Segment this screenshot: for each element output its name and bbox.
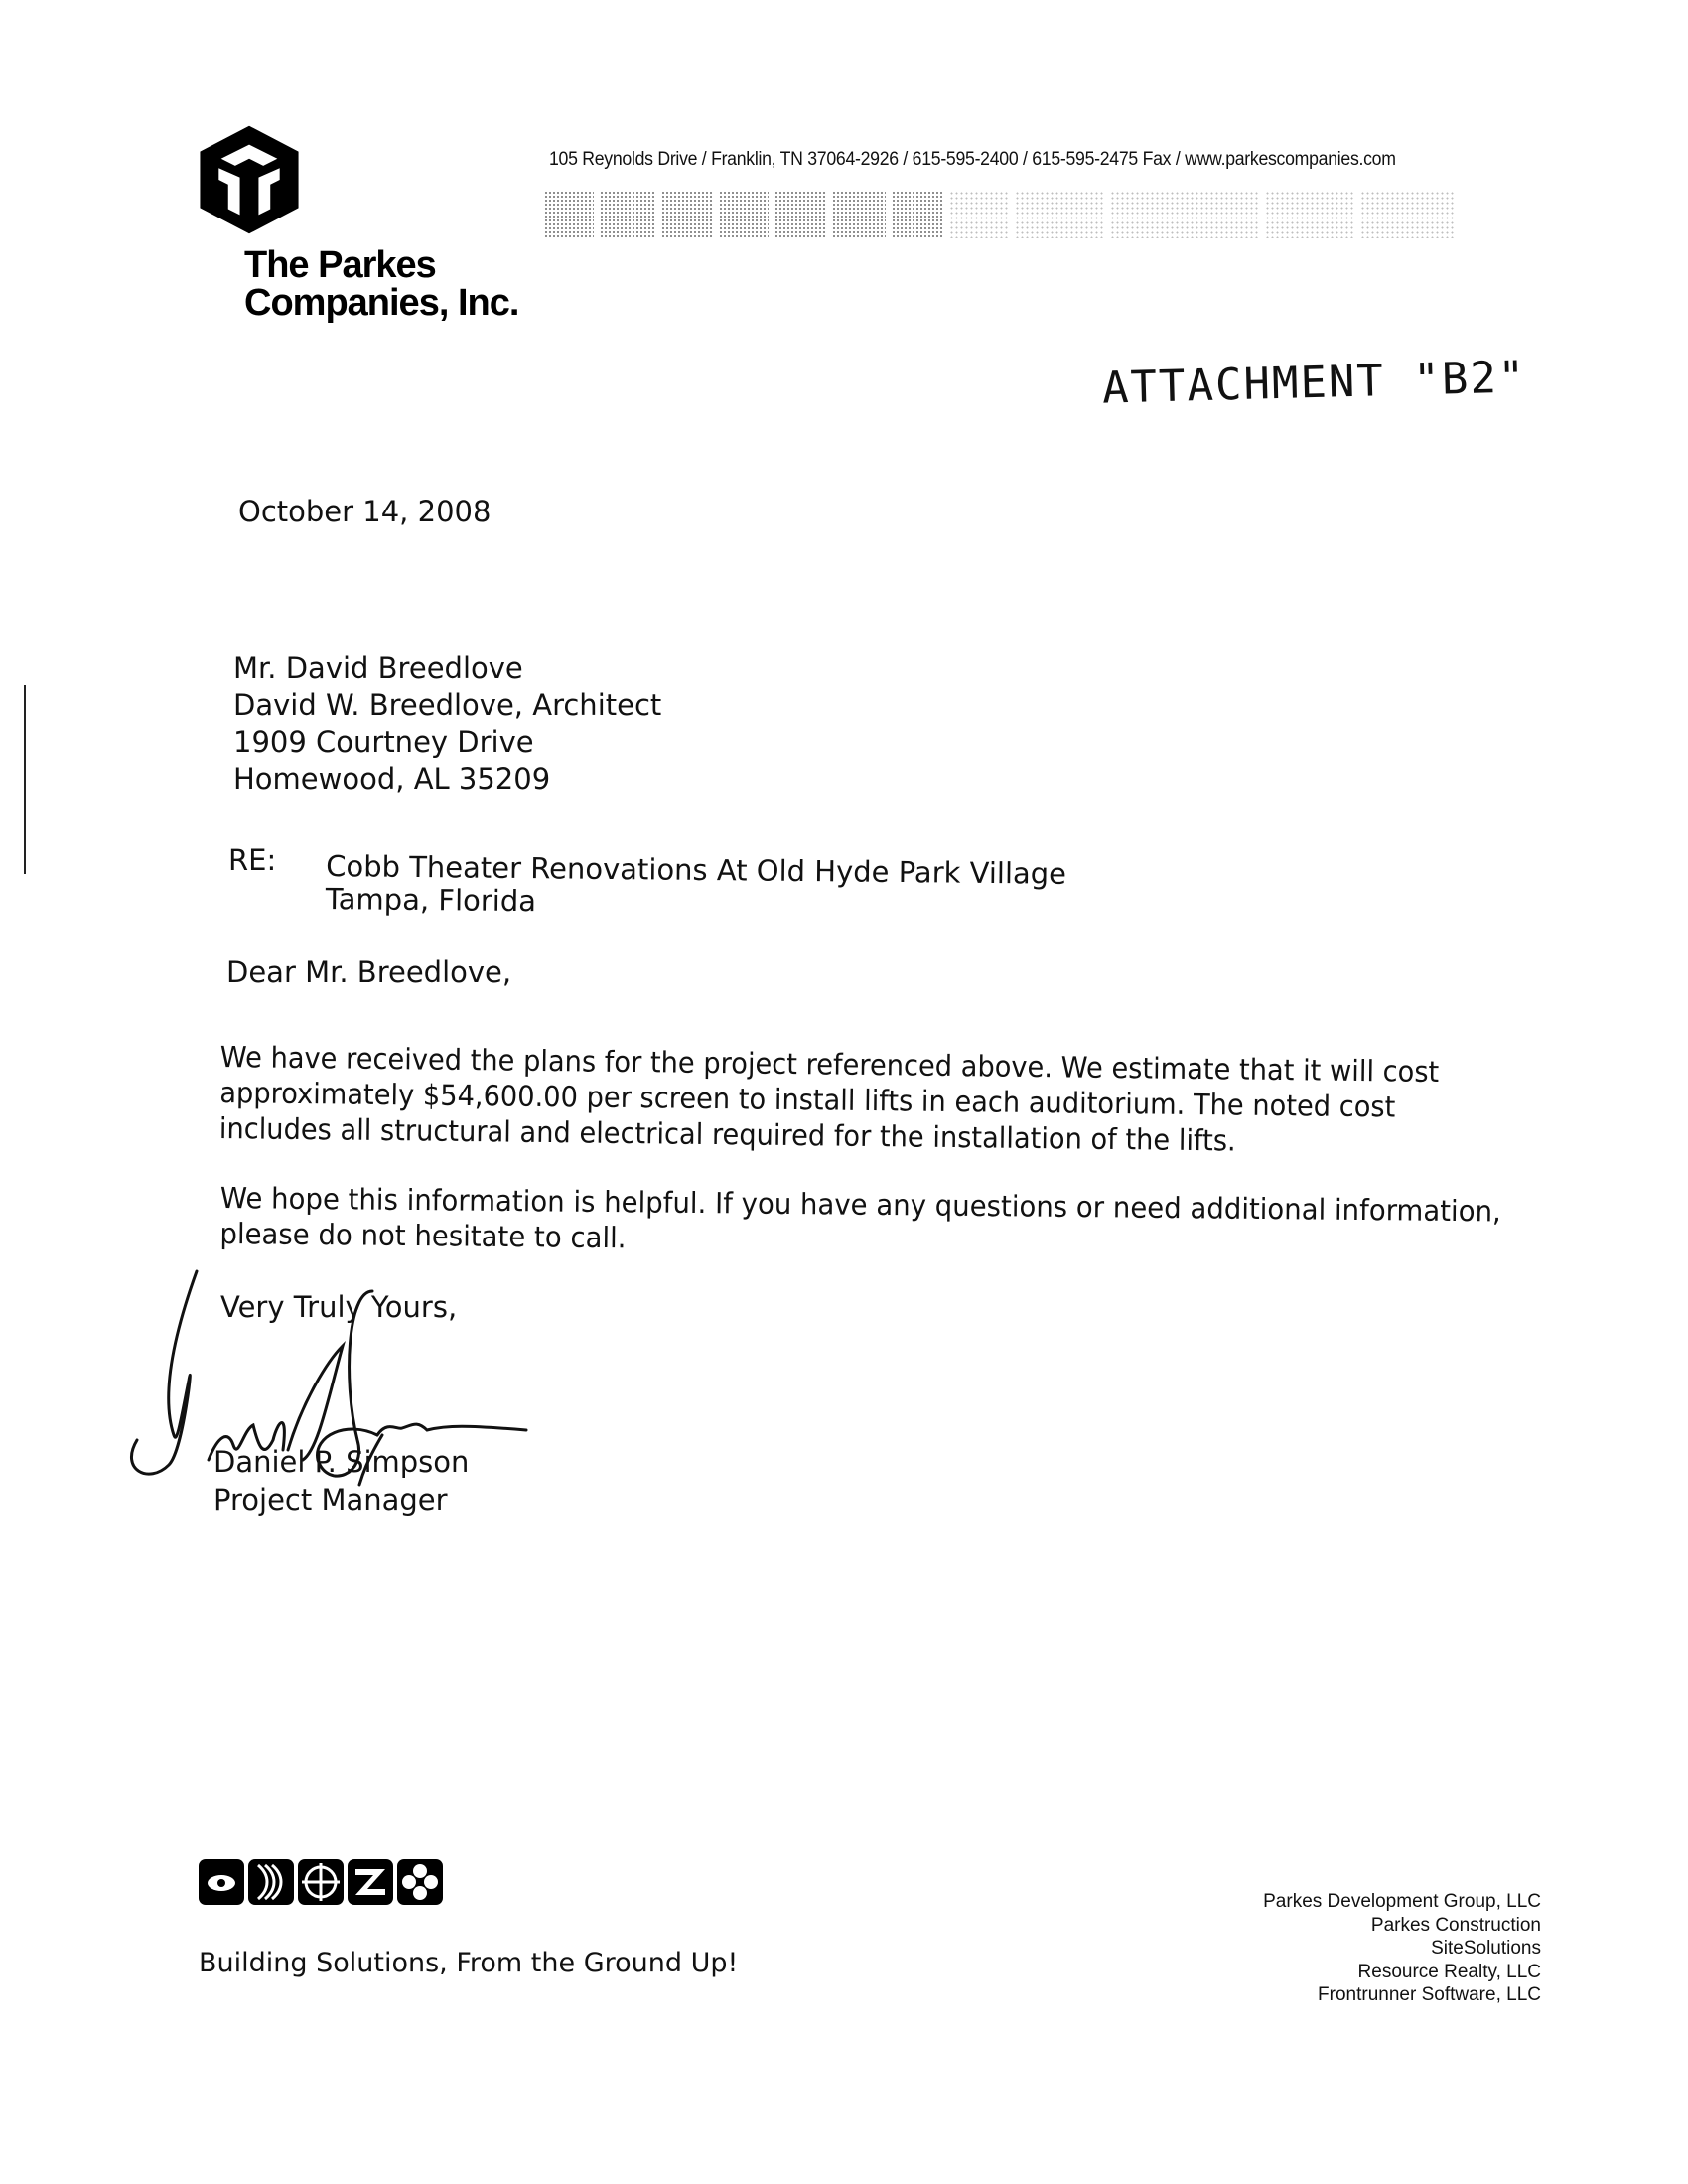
subsidiary-item: SiteSolutions bbox=[1263, 1937, 1541, 1961]
z-arrow-icon bbox=[348, 1859, 393, 1905]
recipient-line: Homewood, AL 35209 bbox=[233, 761, 661, 798]
subsidiary-item: Frontrunner Software, LLC bbox=[1263, 1983, 1541, 2007]
waves-icon bbox=[248, 1859, 294, 1905]
re-label: RE: bbox=[228, 842, 276, 879]
attachment-annotation: ATTACHMENT "B2" bbox=[1101, 352, 1527, 413]
company-name-line-1: The Parkes bbox=[244, 246, 518, 284]
signer-title: Project Manager bbox=[213, 1482, 448, 1519]
footer-tagline: Building Solutions, From the Ground Up! bbox=[199, 1945, 738, 1981]
recipient-line: 1909 Courtney Drive bbox=[233, 724, 661, 761]
recipient-line: Mr. David Breedlove bbox=[233, 651, 661, 687]
flower-icon bbox=[397, 1859, 443, 1905]
letter-date: October 14, 2008 bbox=[238, 494, 491, 530]
subsidiary-list: Parkes Development Group, LLC Parkes Con… bbox=[1263, 1890, 1541, 2007]
subsidiary-item: Parkes Construction bbox=[1263, 1914, 1541, 1938]
letterhead-pattern-strip bbox=[544, 191, 1502, 246]
crosshair-icon bbox=[298, 1859, 344, 1905]
subsidiary-item: Parkes Development Group, LLC bbox=[1263, 1890, 1541, 1914]
company-name-line-2: Companies, Inc. bbox=[244, 284, 518, 322]
scan-margin-mark bbox=[24, 685, 26, 874]
company-name: The Parkes Companies, Inc. bbox=[244, 246, 518, 322]
subsidiary-item: Resource Realty, LLC bbox=[1263, 1961, 1541, 1984]
salutation: Dear Mr. Breedlove, bbox=[226, 954, 511, 991]
letterhead-contact-line: 105 Reynolds Drive / Franklin, TN 37064-… bbox=[549, 149, 1396, 171]
body-paragraph-1: We have received the plans for the proje… bbox=[219, 1039, 1440, 1161]
footer-brand-icons bbox=[199, 1859, 443, 1905]
body-paragraph-2: We hope this information is helpful. If … bbox=[219, 1180, 1501, 1265]
recipient-address: Mr. David Breedlove David W. Breedlove, … bbox=[233, 651, 661, 798]
eye-icon bbox=[199, 1859, 244, 1905]
re-subject: Cobb Theater Renovations At Old Hyde Par… bbox=[326, 850, 1067, 924]
signer-name: Daniel P. Simpson bbox=[213, 1444, 469, 1481]
recipient-line: David W. Breedlove, Architect bbox=[233, 687, 661, 724]
cube-logo-icon bbox=[191, 121, 308, 238]
